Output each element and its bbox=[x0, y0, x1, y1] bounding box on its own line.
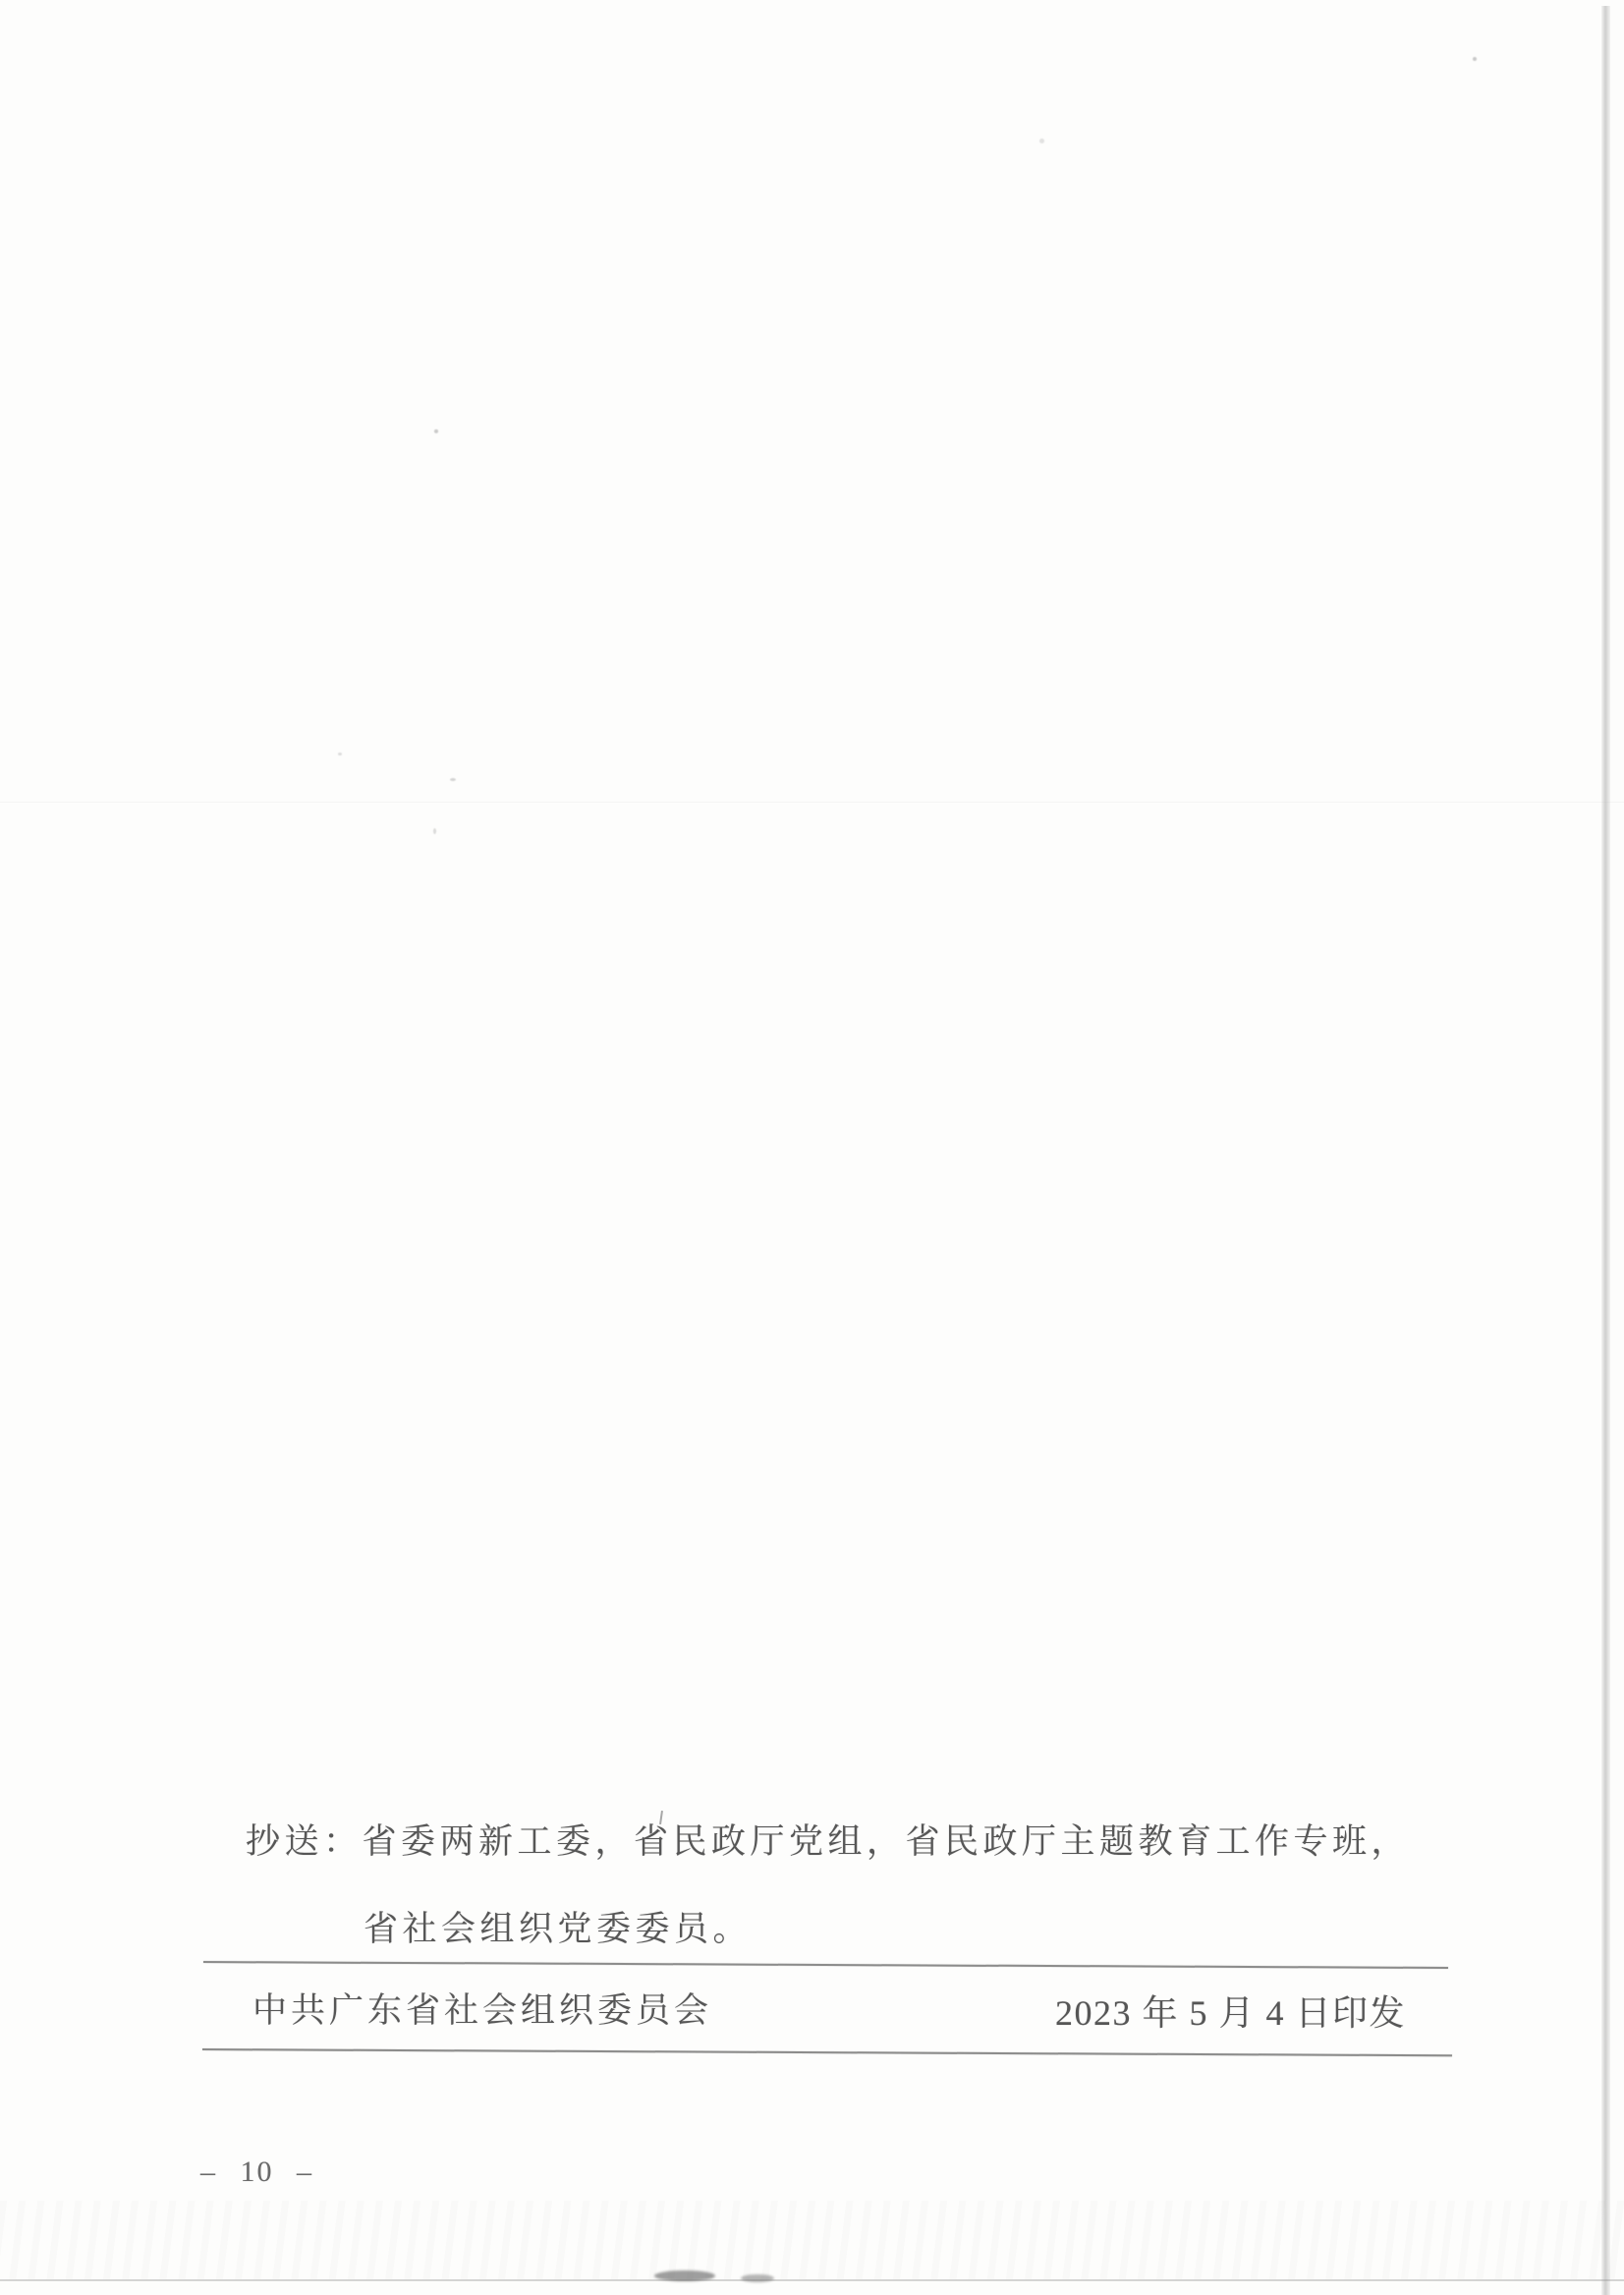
page-number: – 10 – bbox=[200, 2154, 313, 2191]
scan-speck bbox=[450, 778, 456, 781]
scanned-document-page: 抄送：省委两新工委，省民政厅党组，省民政厅主题教育工作专班， 省社会组织党委委员… bbox=[0, 0, 1624, 2295]
colophon-bottom-rule bbox=[202, 2048, 1452, 2056]
scan-speck bbox=[1473, 57, 1477, 61]
issuing-organization: 中共广东省社会组织委员会 bbox=[252, 1988, 712, 2034]
cc-distribution-line-2: 省社会组织党委委员。 bbox=[364, 1908, 752, 1951]
scan-speck bbox=[338, 753, 342, 756]
scan-smudge bbox=[741, 2274, 774, 2282]
scan-bottom-line bbox=[0, 2279, 1624, 2281]
scan-speck bbox=[1039, 139, 1044, 143]
scan-speck bbox=[434, 429, 438, 433]
scan-edge-shadow bbox=[1601, 6, 1610, 2295]
cc-distribution-line-1: 抄送：省委两新工委，省民政厅党组，省民政厅主题教育工作专班， bbox=[246, 1820, 1410, 1864]
print-date: 2023 年 5 月 4 日印发 bbox=[1055, 1990, 1406, 2036]
scan-speck bbox=[433, 828, 436, 834]
scan-fold-line bbox=[0, 802, 1624, 803]
scan-noise-band bbox=[0, 2201, 1624, 2279]
scan-smudge bbox=[654, 2270, 715, 2281]
colophon-top-rule bbox=[203, 1961, 1448, 1969]
